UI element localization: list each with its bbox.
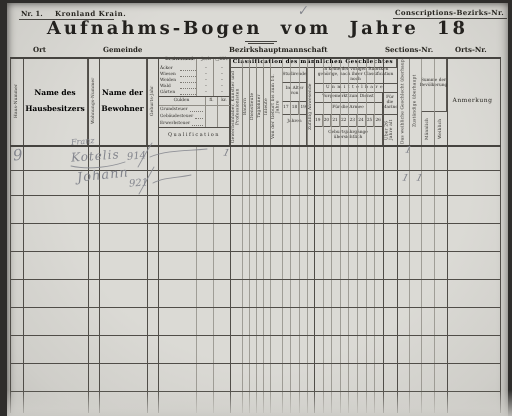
conscription-district-label: Conscriptions-Bezirks-Nr. [395, 8, 504, 17]
grid-vline [263, 57, 264, 413]
grid-vline [88, 57, 89, 413]
grid-vline [256, 57, 257, 413]
handwritten-jahr-row2: 921 [129, 177, 149, 189]
gemeinde-label: Gemeinde [103, 45, 142, 54]
grid-vline [290, 57, 291, 413]
body-row-line [10, 251, 501, 252]
grid-vline [434, 57, 435, 413]
grid-vline [409, 57, 410, 413]
handwritten-checkmark: ✓ [296, 3, 309, 20]
title-flourish-rule-1 [245, 41, 277, 42]
body-row-line [10, 391, 501, 392]
grid-vline [323, 57, 324, 413]
scanned-form-paper: Nr. 1. Kronland Krain. Conscriptions-Bez… [7, 3, 508, 416]
grid-vline [366, 57, 367, 413]
sections-nr-label: Sections-Nr. [385, 45, 433, 54]
grid-vline [421, 57, 422, 413]
body-row-line [10, 195, 501, 196]
grid-vline [340, 57, 341, 413]
orts-nr-label: Orts-Nr. [455, 45, 487, 54]
bezirkshauptmannschaft-label: Bezirkshauptmannschaft [229, 45, 328, 54]
grid-vline [331, 57, 332, 413]
grid-vline [158, 57, 159, 413]
handwritten-haus-nr: 9 [12, 146, 23, 165]
body-row-line [10, 223, 501, 224]
grid-vline [249, 57, 250, 413]
grid-vline [447, 57, 448, 413]
table-top-border [10, 57, 501, 59]
form-number: Nr. 1. [21, 9, 43, 18]
form-title: Aufnahms-Bogen vom Jahre 18 [7, 18, 508, 39]
grid-vline [374, 57, 375, 413]
body-row-line [10, 363, 501, 364]
grid-vline [348, 57, 349, 413]
body-row-line [10, 307, 501, 308]
grid-vline [23, 57, 24, 413]
grid-vline [314, 57, 315, 413]
grid-vline [147, 57, 148, 413]
census-table: Haus-Nummer Name des Hausbesitzers Wohnu… [10, 57, 501, 416]
body-row-line [10, 279, 501, 280]
grid-vline [242, 57, 243, 413]
ort-label: Ort [33, 45, 46, 54]
grid-vline [270, 57, 271, 413]
table-grid-lines [10, 57, 501, 416]
grid-vline [500, 57, 501, 413]
grid-vline [230, 57, 231, 413]
kronland-label: Kronland Krain. [55, 9, 126, 18]
grid-vline [397, 57, 398, 413]
grid-vline [10, 57, 11, 413]
grid-vline [357, 57, 358, 413]
title-flourish-rule-2 [248, 43, 274, 44]
grid-vline [299, 57, 300, 413]
handwritten-jahr-row1: 914 [127, 150, 147, 163]
grid-vline [383, 57, 384, 413]
grid-vline [307, 57, 308, 413]
body-row-line [10, 335, 501, 336]
grid-vline [282, 57, 283, 413]
grid-vline [99, 57, 100, 413]
